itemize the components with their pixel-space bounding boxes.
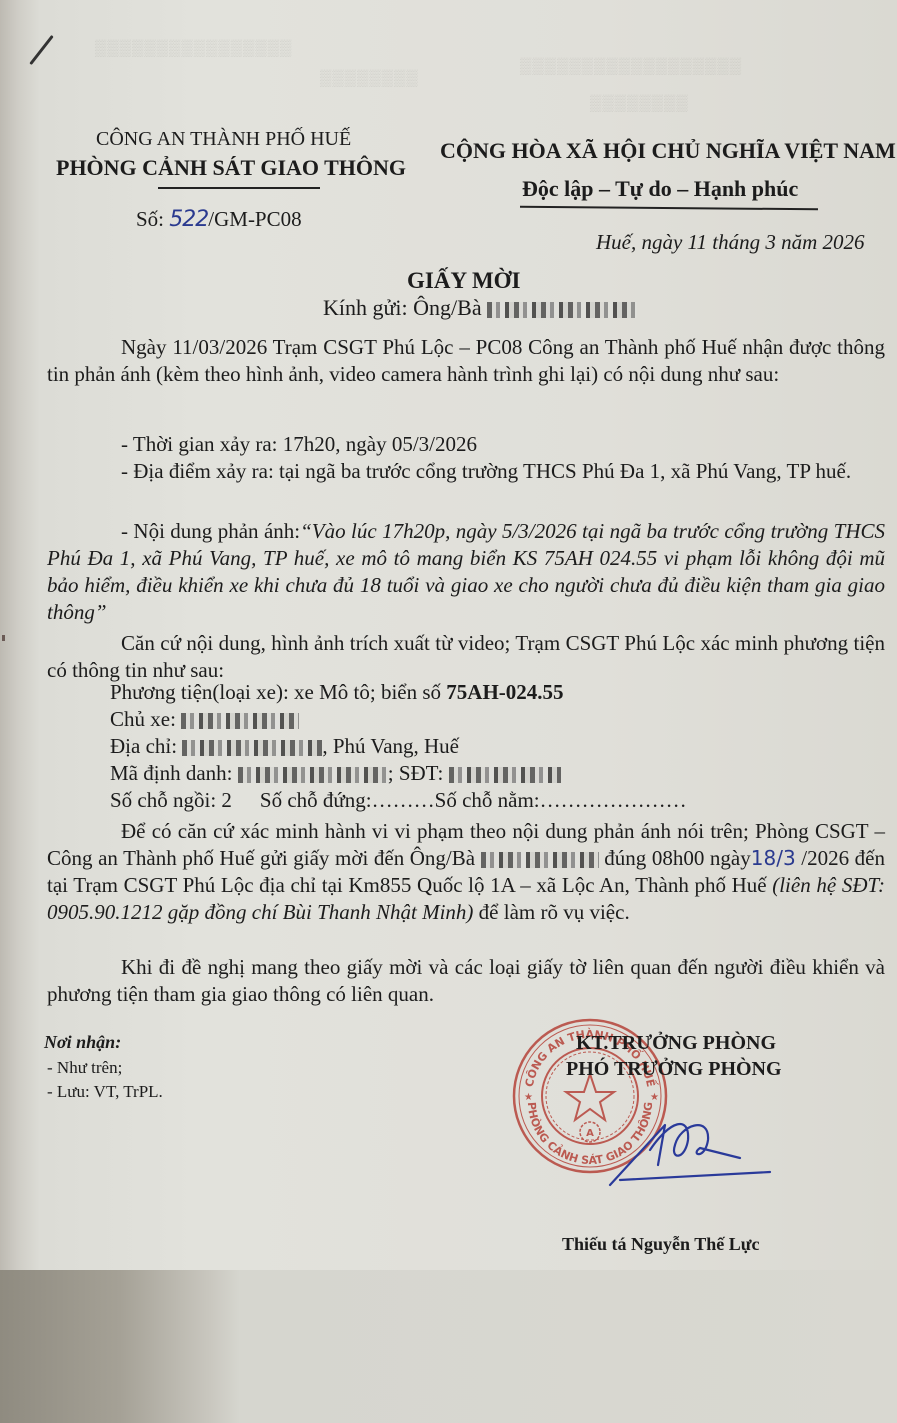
document-title: GIẤY MỜI: [407, 268, 521, 294]
bleed-through-text: ▒▒▒▒▒▒▒▒▒▒▒▒▒▒▒▒: [95, 40, 292, 58]
recipients-title: Nơi nhận:: [44, 1032, 121, 1053]
doc-number-prefix: Số:: [136, 207, 169, 231]
svg-text:★: ★: [524, 1092, 533, 1103]
signer-name: Thiếu tá Nguyễn Thế Lực: [562, 1234, 760, 1255]
paragraph-place: - Địa điểm xảy ra: tại ngã ba trước cổng…: [47, 458, 885, 485]
recipient-label: Kính gửi: Ông/Bà: [323, 295, 487, 320]
national-motto: Độc lập – Tự do – Hạnh phúc: [522, 176, 798, 202]
page-shadow: [0, 1270, 897, 1423]
department-name: PHÒNG CẢNH SÁT GIAO THÔNG: [56, 155, 406, 181]
handwritten-date: 18/3: [751, 846, 796, 870]
recipient-item: - Như trên;: [47, 1058, 122, 1078]
phone-label: ; SĐT:: [388, 761, 449, 785]
content-label: - Nội dung phản ánh:: [121, 519, 300, 543]
address-line: Địa chỉ: , Phú Vang, Huế: [110, 733, 459, 760]
vehicle-type-label: Phương tiện(loại xe): xe Mô tô; biển số: [110, 680, 446, 704]
paragraph-content: - Nội dung phản ánh:“Vào lúc 17h20p, ngà…: [47, 518, 885, 626]
owner-line: Chủ xe:: [110, 706, 299, 733]
paragraph-summons: Để có căn cứ xác minh hành vi vi phạm th…: [47, 818, 885, 926]
doc-number-handwritten: 522: [169, 207, 208, 232]
paragraph-basis: Căn cứ nội dung, hình ảnh trích xuất từ …: [47, 630, 885, 684]
standing-places: Số chỗ đứng:………: [260, 788, 435, 812]
vehicle-plate: 75AH-024.55: [446, 680, 563, 704]
document-number: Số: 522/GM-PC08: [136, 207, 302, 232]
id-line: Mã định danh: ; SĐT:: [110, 760, 561, 787]
redacted-id: [238, 767, 388, 783]
address-suffix: , Phú Vang, Huế: [322, 734, 459, 758]
redacted-summoned-name: [481, 852, 599, 868]
redacted-address: [182, 740, 322, 756]
agency-name: CÔNG AN THÀNH PHỐ HUẾ: [96, 128, 351, 151]
seat-line: Số chỗ ngồi: 2Số chỗ đứng:………Số chỗ nằm:…: [110, 787, 687, 814]
paragraph-intro: Ngày 11/03/2026 Trạm CSGT Phú Lộc – PC08…: [47, 334, 885, 388]
paragraph-time: - Thời gian xảy ra: 17h20, ngày 05/3/202…: [47, 431, 885, 458]
redacted-owner: [181, 713, 299, 729]
summons-part4: để làm rõ vụ việc.: [473, 900, 629, 924]
doc-number-suffix: /GM-PC08: [208, 207, 301, 231]
address-label: Địa chỉ:: [110, 734, 182, 758]
paragraph-closing: Khi đi đề nghị mang theo giấy mời và các…: [47, 954, 885, 1008]
place-date: Huế, ngày 11 tháng 3 năm 2026: [596, 230, 865, 255]
bleed-through-text: ▒▒▒▒▒▒▒▒: [590, 95, 689, 113]
seats: Số chỗ ngồi: 2: [110, 788, 232, 812]
signature-role-2: PHÓ TRƯỞNG PHÒNG: [566, 1058, 782, 1081]
summons-part2: đúng 08h00 ngày: [599, 846, 751, 870]
header-left-rule: [158, 187, 320, 189]
vehicle-type-line: Phương tiện(loại xe): xe Mô tô; biển số …: [110, 679, 564, 706]
lying-places: Số chỗ nằm:…………………: [435, 788, 687, 812]
redacted-phone: [449, 767, 561, 783]
signature-role-1: KT.TRƯỞNG PHÒNG: [576, 1032, 776, 1055]
id-label: Mã định danh:: [110, 761, 238, 785]
margin-mark: [2, 635, 5, 641]
bleed-through-text: ▒▒▒▒▒▒▒▒: [320, 70, 419, 88]
bleed-through-text: ▒▒▒▒▒▒▒▒▒▒▒▒▒▒▒▒▒▒: [520, 58, 742, 76]
redacted-recipient-name: [487, 302, 637, 318]
national-title: CỘNG HÒA XÃ HỘI CHỦ NGHĨA VIỆT NAM: [440, 138, 896, 164]
handwritten-signature-icon: [580, 1110, 780, 1190]
recipient-item: - Lưu: VT, TrPL.: [47, 1082, 163, 1102]
recipient-line: Kính gửi: Ông/Bà: [323, 295, 637, 321]
svg-text:★: ★: [650, 1092, 659, 1103]
owner-label: Chủ xe:: [110, 707, 181, 731]
